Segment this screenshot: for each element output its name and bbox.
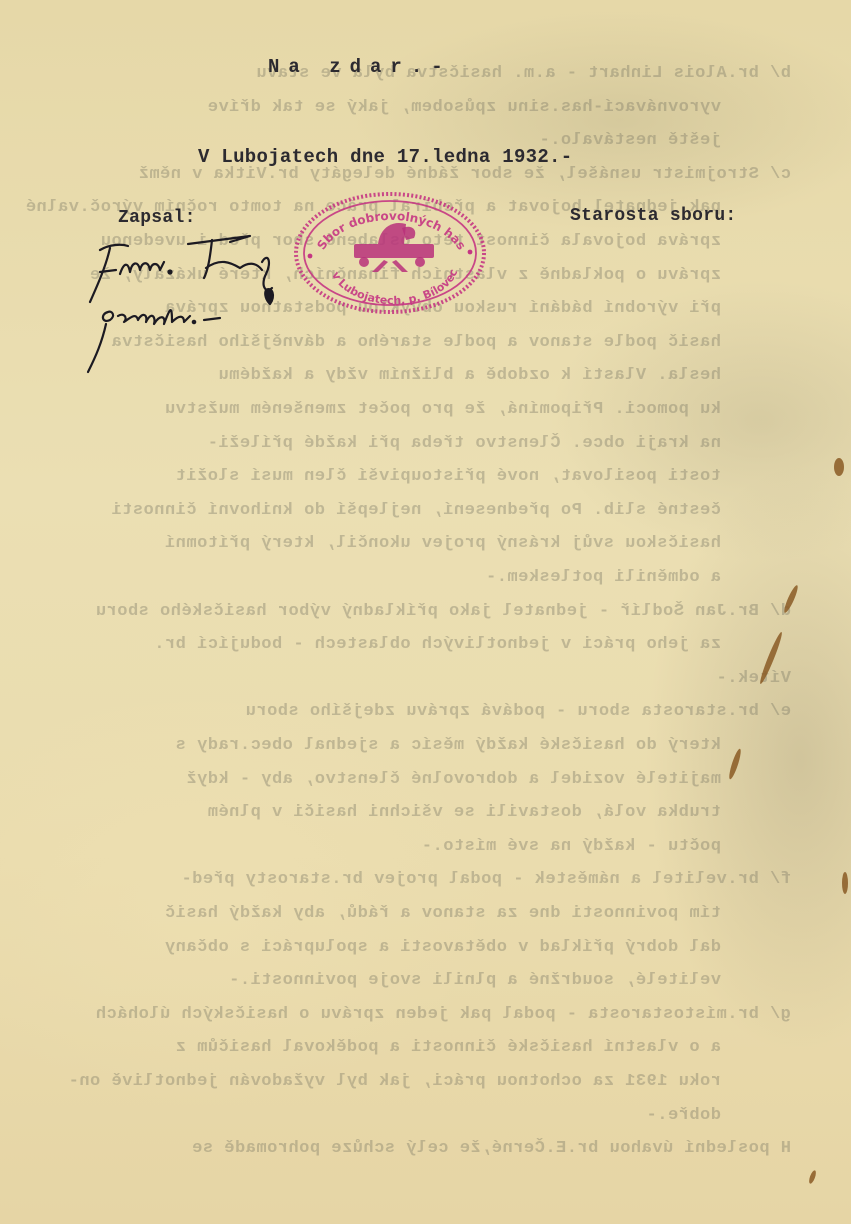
bleed-through-line: tosti posilovat, nové přistoupivší člen … [175, 467, 721, 486]
bleed-through-line: hasičskou svůj krásný projev ukončil, kt… [165, 534, 722, 553]
fire-brigade-stamp: Sbor dobrovolných hasičů v Lubojatech, p… [292, 190, 488, 316]
greeting-heading: Na zdar.- [268, 56, 452, 78]
bleed-through-line: a odměnili potleskem.- [486, 568, 721, 587]
stamp-bottom-text: v Lubojatech, p. Bílovec [329, 267, 460, 307]
bleed-through-text-reverse-side: b/ br.Alois Linhart - a.m. hasičstva byl… [0, 0, 851, 1224]
bleed-through-line: za jeho práci v jednotlivých oblastech -… [154, 635, 721, 654]
recorded-by-label: Zapsal: [118, 208, 196, 228]
paper-stain [834, 458, 844, 476]
handwritten-signature [80, 232, 300, 382]
bleed-through-line: dal dobrý příklad v obětavosti a spolupr… [165, 938, 722, 957]
bleed-through-line: a o vlastní hasičské činnosti a poděkova… [175, 1038, 721, 1057]
bleed-through-line: H poslední úvahou br.E.Černé,že celý sch… [192, 1139, 791, 1158]
bleed-through-line: dobře.- [646, 1106, 721, 1125]
chairman-signature-label: Starosta sboru: [570, 206, 737, 226]
bleed-through-line: počtu - každý na své místo.- [421, 837, 721, 856]
svg-text:v Lubojatech, p. Bílovec: v Lubojatech, p. Bílovec [329, 267, 460, 307]
bleed-through-line: majitelé vozidel a dobrovolné členstvo, … [186, 770, 721, 789]
bleed-through-line: vyrovnávací-has.sinu způsobem, jaký se t… [207, 98, 721, 117]
bleed-through-line: g/ br.místostarosta - podal pak jeden zp… [95, 1005, 791, 1024]
bleed-through-line: d/ Br.Jan Šodlíř - jednatel jako příklad… [95, 602, 791, 621]
bleed-through-line: Vítek.- [716, 669, 791, 688]
paper-stain [842, 872, 848, 894]
bleed-through-line: roku 1931 za ochotnou práci, jak byl vyž… [68, 1072, 721, 1091]
bleed-through-line: který do hasičské každý měsíc a sjednal … [175, 736, 721, 755]
bleed-through-line: e/ br.starosta sboru - podává zprávu zde… [245, 702, 791, 721]
bleed-through-line: tím povinnosti dne za stanov a řádů, aby… [165, 904, 722, 923]
bleed-through-line: trubka volá, dostavili se všichni hasiči… [207, 803, 721, 822]
place-and-date: V Lubojatech dne 17.ledna 1932.- [198, 146, 572, 168]
bleed-through-line: ku pomoci. Připomíná, že pro počet zmenš… [165, 400, 722, 419]
bleed-through-line: f/ br.velitel a náměstek - podal projev … [181, 870, 791, 889]
fire-engine-emblem-icon [354, 223, 434, 272]
bleed-through-line: čestné slib. Po přednesení, nejlepší do … [111, 501, 721, 520]
bleed-through-line: na kraji obce. Členstvo třeba při každé … [207, 434, 721, 453]
bleed-through-line: velitelé, soudržné a plnili svoje povinn… [229, 971, 721, 990]
